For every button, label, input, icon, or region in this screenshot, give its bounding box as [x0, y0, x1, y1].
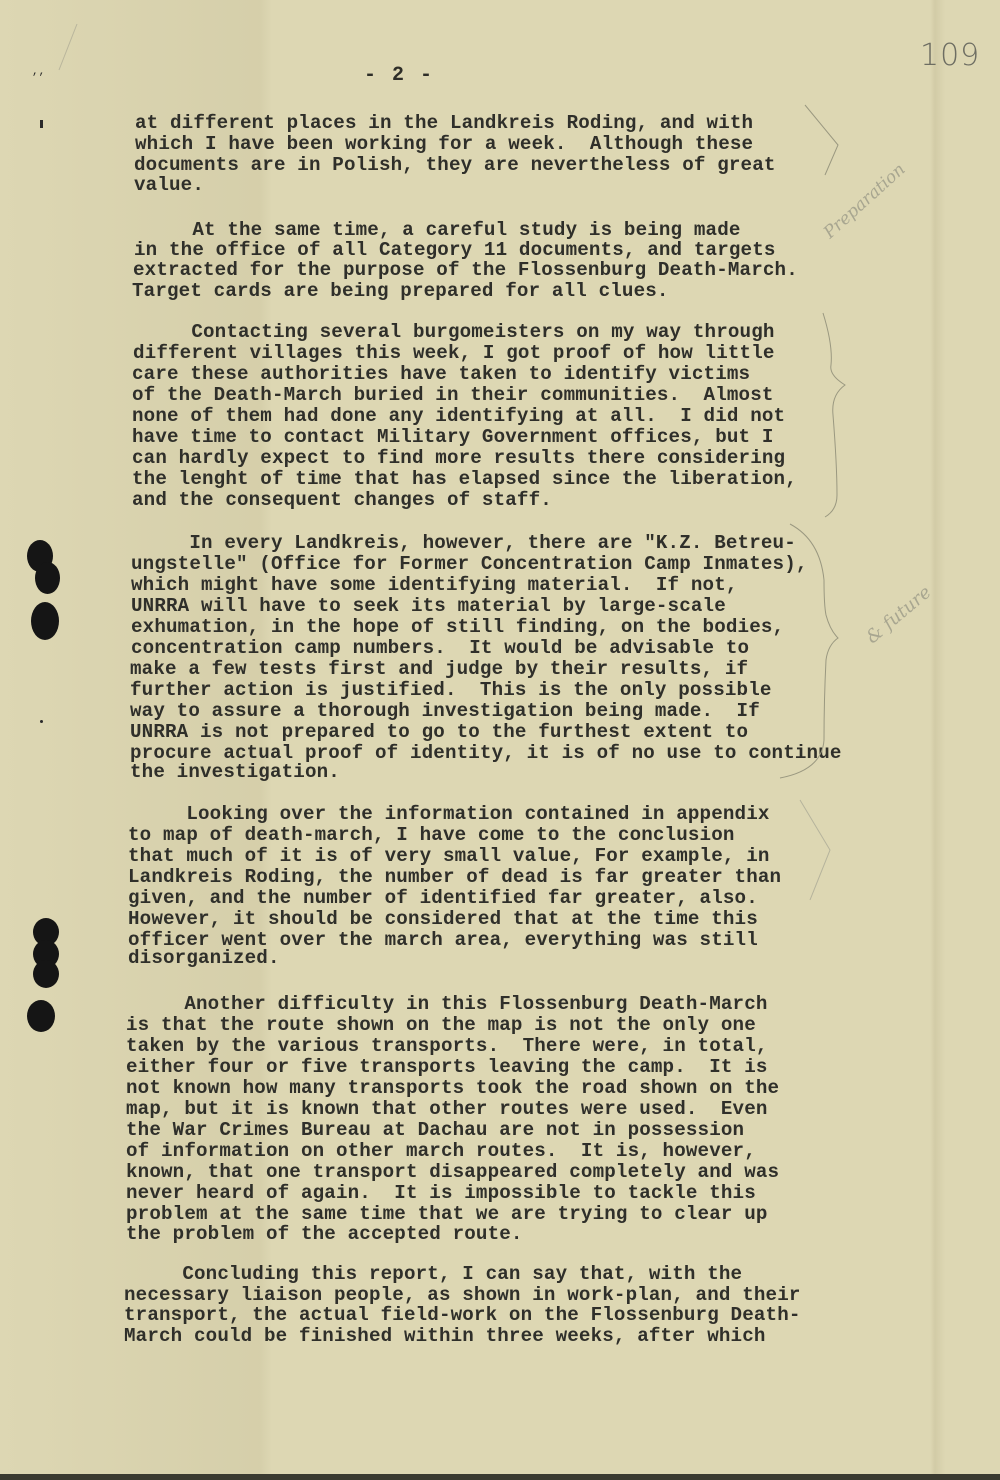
- stray-ink-dot: [40, 720, 43, 723]
- text-line: to map of death-march, I have come to th…: [128, 825, 735, 845]
- text-line: In every Landkreis, however, there are "…: [131, 533, 796, 553]
- text-line: further action is justified. This is the…: [130, 680, 772, 700]
- pencil-brace-paragraph-3: [815, 305, 855, 525]
- pencil-brace-paragraph-4: [780, 520, 840, 790]
- text-line: at different places in the Landkreis Rod…: [135, 113, 753, 133]
- text-line: map, but it is known that other routes w…: [126, 1099, 768, 1119]
- text-line: March could be finished within three wee…: [124, 1326, 766, 1346]
- text-line: Looking over the information contained i…: [128, 804, 770, 824]
- text-line: Target cards are being prepared for all …: [132, 281, 669, 301]
- text-line: the problem of the accepted route.: [126, 1224, 523, 1244]
- text-line: given, and the number of identified far …: [128, 888, 758, 908]
- text-line: and the consequent changes of staff.: [132, 490, 552, 510]
- text-line: have time to contact Military Government…: [132, 427, 774, 447]
- text-line: extracted for the purpose of the Flossen…: [133, 260, 798, 280]
- text-line: UNRRA will have to seek its material by …: [131, 596, 726, 616]
- text-line: way to assure a thorough investigation b…: [130, 701, 760, 721]
- text-line: that much of it is of very small value, …: [128, 846, 770, 866]
- text-line: known, that one transport disappeared co…: [126, 1162, 779, 1182]
- text-line: disorganized.: [128, 948, 280, 968]
- text-line: Contacting several burgomeisters on my w…: [133, 322, 775, 342]
- text-line: procure actual proof of identity, it is …: [130, 743, 842, 763]
- page-number: - 2 -: [364, 64, 434, 87]
- text-line: ungstelle" (Office for Former Concentrat…: [131, 554, 808, 574]
- text-line: UNRRA is not prepared to go to the furth…: [130, 722, 748, 742]
- text-line: exhumation, in the hope of still finding…: [131, 617, 784, 637]
- punch-hole: [31, 602, 59, 640]
- punch-hole: [35, 562, 60, 594]
- text-line: documents are in Polish, they are nevert…: [134, 155, 776, 175]
- stray-pencil-mark: [55, 20, 85, 80]
- margin-annotation-future: & future: [862, 582, 935, 648]
- text-line: taken by the various transports. There w…: [126, 1036, 768, 1056]
- folio-number: 109: [920, 38, 980, 73]
- text-line: in the office of all Category 11 documen…: [134, 240, 776, 260]
- text-line: none of them had done any identifying at…: [132, 406, 785, 426]
- page-bottom-edge: [0, 1474, 1000, 1480]
- text-line: value.: [134, 175, 204, 195]
- stray-ink-mark: ,,: [32, 66, 45, 78]
- text-line: of information on other march routes. It…: [126, 1141, 756, 1161]
- text-line: necessary liaison people, as shown in wo…: [124, 1285, 801, 1305]
- text-line: Another difficulty in this Flossenburg D…: [126, 994, 768, 1014]
- text-line: can hardly expect to find more results t…: [132, 448, 785, 468]
- document-page: ,, - 2 - 109 at different places in the …: [0, 0, 1000, 1480]
- pencil-chevron-mark: [800, 100, 850, 180]
- text-line: the investigation.: [130, 762, 340, 782]
- stray-ink-dot: [40, 120, 43, 128]
- text-line: Concluding this report, I can say that, …: [124, 1264, 742, 1284]
- text-line: never heard of again. It is impossible t…: [126, 1183, 756, 1203]
- pencil-diagonal-mark: [800, 800, 840, 920]
- text-line: not known how many transports took the r…: [126, 1078, 779, 1098]
- text-line: concentration camp numbers. It would be …: [131, 638, 749, 658]
- text-line: make a few tests first and judge by thei…: [130, 659, 748, 679]
- text-line: Landkreis Roding, the number of dead is …: [128, 867, 781, 887]
- text-line: either four or five transports leaving t…: [126, 1057, 768, 1077]
- text-line: which I have been working for a week. Al…: [135, 134, 753, 154]
- text-line: of the Death-March buried in their commu…: [132, 385, 774, 405]
- text-line: which might have some identifying materi…: [131, 575, 738, 595]
- punch-hole: [33, 960, 59, 988]
- text-line: the War Crimes Bureau at Dachau are not …: [126, 1120, 744, 1140]
- text-line: transport, the actual field-work on the …: [124, 1305, 801, 1325]
- text-line: care these authorities have taken to ide…: [132, 364, 750, 384]
- text-line: However, it should be considered that at…: [128, 909, 758, 929]
- text-line: the lenght of time that has elapsed sinc…: [132, 469, 797, 489]
- text-line: At the same time, a careful study is bei…: [134, 220, 741, 240]
- punch-hole: [27, 1000, 55, 1032]
- text-line: is that the route shown on the map is no…: [126, 1015, 756, 1035]
- text-line: problem at the same time that we are try…: [126, 1204, 768, 1224]
- text-line: different villages this week, I got proo…: [133, 343, 775, 363]
